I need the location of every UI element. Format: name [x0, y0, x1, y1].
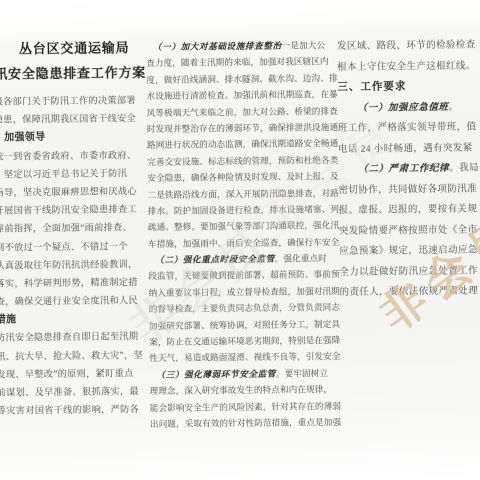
doc-body-text: 报、虚报、迟报的，要按有关规 — [339, 205, 478, 216]
doc-text-line: 案，防止在交通运输环境恶劣期间，特别是在强降雨 — [149, 332, 341, 350]
doc-heading-line: （二）强化重点时段安全监管。强化重点时 — [148, 250, 340, 268]
doc-column-left-lines: 级各部门关于防汛工作的决策部署隐患，保障汛期我区国省干线安全、加强领导统一到省委… — [0, 91, 147, 420]
doc-body-text: 发现、早整改”的原则，紧盯重点 — [0, 368, 134, 379]
doc-heading-text: （一）加大对基础设施排查整治 — [153, 41, 282, 52]
doc-text-line: 安全隐患，确保各种险情及时发现、及时上报、及 — [147, 168, 339, 186]
doc-column-right: 发区域、路段、环节的检验检查根本上守住安全生产这根红线。三、工作要求（一）加强应… — [337, 33, 480, 303]
doc-body-text: 查力度，随着主汛期的来临，加强对我区辖区内 — [146, 56, 329, 68]
doc-body-text: 全力以赴做好防汛应急处置工作 — [339, 266, 478, 277]
doc-text-line: 统一到省委省政府、市委市政府、 — [0, 146, 144, 166]
doc-body-text: 风等极端天气来临之前，加大对公路、桥梁的排查 — [147, 106, 338, 118]
doc-text-line: 落实，科学研判形势，精准制定措 — [0, 273, 146, 293]
doc-body-text: 应急预案》规定，迅速启动应急 — [339, 246, 478, 257]
doc-body-text: 汛、抗大旱、抢大险、救大灾”，坚 — [0, 350, 143, 362]
doc-heading-text: （一）加强应急值班 — [358, 102, 449, 113]
doc-body-text: 突发险情要严格按照市处《全市 — [339, 225, 478, 236]
doc-text-line: 发区域、路段、环节的检验检查 — [337, 35, 478, 57]
doc-text-line: 到不放过一个疑点、不错过一个 — [0, 236, 145, 256]
doc-body-text: 密切协作，共同做好各项防汛准 — [338, 184, 477, 195]
doc-heading-line: （一）加大对基础设施排查整治一是加大公 — [146, 37, 338, 55]
doc-text-line: 二是铁路沿线方面，深入开展防汛隐患排查，对路基 — [147, 184, 339, 202]
doc-body-text: 靠前指挥，全面加强“雨前排查、 — [0, 222, 132, 233]
doc-body-text: 水设施进行清淤检查。加强汛前和汛期巡查，在暴 — [146, 89, 337, 101]
doc-text-line: 段监管，关键要做到提前部署、超前预防、事前预警 — [148, 266, 340, 284]
doc-text-line: 时发现并整治存在的薄弱环节，确保排泄洪设施通畅 — [147, 119, 339, 137]
doc-text-line: 根本上守住安全生产这根红线。 — [337, 56, 478, 78]
doc-text-line: 汛、抗大旱、抢大险、救大灾”，坚 — [0, 346, 146, 366]
doc-heading-line: （二）严肃工作纪律。我局 — [338, 158, 479, 180]
doc-body-text: 根本上守住安全生产这根红线。 — [337, 61, 476, 72]
doc-text-line: 路网进行状况的动态监测，确保汛期道路安全畅通、 — [147, 135, 339, 153]
doc-text-line: 的督导检查，主要负责同志负总责，分管负责同志 — [149, 299, 341, 317]
doc-text-line: 靠前指挥，全面加强“雨前排查、 — [0, 218, 145, 238]
doc-text-line: 水设施进行清淤检查。加强汛前和汛期巡查，在暴 — [146, 86, 338, 104]
document-photo: 丛台区交通运输局 汛安全隐患排查工作方案 级各部门关于防汛工作的决策部署隐患，保… — [0, 0, 480, 480]
doc-body-text: 前谋划、及早准备、狠抓落实，最 — [0, 386, 139, 397]
doc-text-line: 纳入重要议事日程，成立督导检查组，加强对汛期 — [148, 283, 340, 301]
doc-text-line: 密切协作，共同做好各项防汛准 — [338, 179, 479, 201]
doc-body-text: 等灾害对国省干线的影响，严防各 — [0, 404, 139, 415]
doc-text-line: 全力以赴做好防汛应急处置工作 — [339, 261, 480, 283]
doc-text-line: 班工作，严格落实领导带班，值 — [338, 117, 479, 139]
doc-heading-line: 措施 — [0, 309, 146, 329]
doc-body-text: 班工作，严格落实领导带班，值 — [338, 123, 477, 134]
doc-text-line: 发现、早整改”的原则，紧盯重点 — [0, 364, 146, 384]
doc-body-text: 安全隐患，确保各种险情及时发现、及时上报、及 — [147, 171, 338, 183]
doc-body-text: 指导，坚决克服麻痹思想和厌战心 — [0, 186, 137, 197]
doc-body-text: 统一到省委省政府、市委市政府、 — [0, 150, 136, 161]
doc-text-line: 出问题，采取有效的针对性防范措施，重点是加强对 — [150, 414, 342, 432]
doc-body-text: 的督导检查，主要负责同志负总责，分管负责同志 — [149, 302, 340, 314]
doc-text-line: 电话 24 小时畅通，遇有突发紧 — [338, 138, 479, 160]
doc-text-line: 查力度，随着主汛期的来临，加强对我区辖区内 — [146, 53, 338, 71]
doc-text-line: ，坚定以习近平总书记关于防汛 — [0, 164, 144, 184]
doc-text-line: 突发险情要严格按照市处《全市 — [339, 220, 480, 242]
doc-heading-text: 、加强领导 — [0, 132, 45, 144]
doc-text-line: 指导，坚决克服麻痹思想和厌战心 — [0, 182, 145, 202]
doc-body-text: 。要牢固树立 — [276, 368, 328, 379]
doc-text-line: 开展国省干线防汛安全隐患排查工 — [0, 200, 145, 220]
doc-body-text: 出问题，采取有效的针对性防范措施，重点是加强对 — [150, 417, 342, 429]
doc-text-line: 完善交安设施、标志标线的管理，预防和杜绝各类 — [147, 152, 339, 170]
doc-text-line: 等灾害对国省干线的影响，严防各 — [0, 400, 147, 420]
doc-body-text: 路网进行状况的动态监测，确保汛期道路安全畅通、 — [147, 138, 339, 150]
doc-body-text: 。强化重点时 — [275, 253, 327, 264]
doc-text-line: 应急预案》规定，迅速启动应急 — [339, 240, 480, 262]
doc-heading-text: （二）强化重点时段安全监管 — [155, 254, 275, 265]
doc-body-text: 开展国省干线防汛安全隐患排查工 — [0, 204, 137, 215]
doc-body-text: 疏通、整修。要加强气象等部门沟通联控，强化汛期 — [148, 220, 340, 232]
doc-body-text: 理理念，深入研究事故发生的特点和内在规律， — [150, 384, 333, 396]
doc-body-text: 的责任人，要依法依规严肃处理 — [340, 287, 479, 298]
doc-column-middle: （一）加大对基础设施排查整治一是加大公查力度，随着主汛期的来临，加强对我区辖区内… — [146, 35, 342, 432]
doc-body-text: 认真汲取往年防汛抗洪经验教训， — [0, 259, 138, 270]
doc-text-line: 加强研究部署、统筹协调，对照任务分工，制定具体 — [149, 316, 341, 334]
doc-column-left: 丛台区交通运输局 汛安全隐患排查工作方案 级各部门关于防汛工作的决策部署隐患，保… — [0, 35, 147, 420]
doc-heading-line: 、加强领导 — [0, 127, 144, 147]
doc-text-line: 防汛安全隐患排查自即日起至汛期 — [0, 327, 146, 347]
doc-heading-text: （二）严肃工作纪律 — [358, 164, 449, 175]
doc-body-text: ，坚定以习近平总书记关于防汛 — [0, 168, 127, 179]
doc-text-line: 车措施，加强雨中、雨后安全巡查，确保行车安全。 — [148, 234, 340, 252]
doc-body-text: 能会影响安全生产的风险因素，针对其存在的薄弱环 — [150, 400, 342, 412]
doc-body-text: 一是加大公 — [282, 40, 326, 50]
doc-heading-line: （三）强化薄弱环节安全监管。要牢固树立 — [149, 365, 341, 383]
doc-body-text: 级各部门关于防汛工作的决策部署 — [0, 95, 136, 106]
doc-text-line: 风等极端天气来临之前，加大对公路、桥梁的排查 — [147, 103, 339, 121]
doc-body-text: 度，做好沿线涵洞、排水隧洞、截水沟、边沟、排 — [146, 73, 337, 85]
doc-body-text: 电话 24 小时畅通，遇有突发紧 — [338, 143, 473, 154]
doc-body-text: 发区域、路段、环节的检验检查 — [337, 41, 476, 52]
doc-body-text: 性天气，易造成路面湿滑、视线不良等，引发安全生 — [149, 351, 341, 363]
doc-text-line: 查，确保交通行业安全度汛和人民 — [0, 291, 146, 311]
doc-body-text: 。 — [448, 102, 458, 112]
doc-heading-line: （一）加强应急值班。 — [338, 97, 479, 119]
doc-text-line: 性天气，易造成路面湿滑、视线不良等，引发安全生 — [149, 348, 341, 366]
doc-text-line: 排水、防护加固设备进行检查，排水设施堵塞、列 — [148, 201, 340, 219]
doc-body-text: 时发现并整治存在的薄弱环节，确保排泄洪设施通畅 — [147, 122, 339, 134]
doc-body-text: 到不放过一个疑点、不错过一个 — [0, 241, 128, 252]
doc-text-line: 报、虚报、迟报的，要按有关规 — [339, 199, 480, 221]
doc-body-text: 加强研究部署、统筹协调，对照任务分工，制定具体 — [149, 319, 341, 331]
doc-text-line: 疏通、整修。要加强气象等部门沟通联控，强化汛期 — [148, 217, 340, 235]
doc-text-line: 的责任人，要依法依规严肃处理 — [339, 281, 480, 303]
doc-heading-text: 三、工作要求 — [337, 81, 406, 93]
doc-column-right-lines: 发区域、路段、环节的检验检查根本上守住安全生产这根红线。三、工作要求（一）加强应… — [337, 35, 480, 303]
doc-heading-text: 措施 — [0, 315, 16, 326]
doc-body-text: 防汛安全隐患排查自即日起至汛期 — [0, 332, 138, 343]
doc-body-text: 段监管，关键要做到提前部署、超前预防、事前预警 — [148, 269, 340, 281]
doc-column-middle-lines: （一）加大对基础设施排查整治一是加大公查力度，随着主汛期的来临，加强对我区辖区内… — [146, 37, 342, 432]
doc-heading-text: （三）强化薄弱环节安全监管 — [156, 368, 276, 379]
doc-body-text: 完善交安设施、标志标线的管理，预防和杜绝各类 — [147, 155, 338, 167]
doc-body-text: 排水、防护加固设备进行检查，排水设施堵塞、列 — [148, 204, 339, 216]
doc-body-text: 。我局 — [449, 163, 479, 173]
doc-text-line: 度，做好沿线涵洞、排水隧洞、截水沟、边沟、排 — [146, 70, 338, 88]
doc-text-line: 能会影响安全生产的风险因素，针对其存在的薄弱环 — [150, 398, 342, 416]
doc-body-text: 二是铁路沿线方面，深入开展防汛隐患排查，对路基 — [147, 187, 339, 199]
document-page: 丛台区交通运输局 汛安全隐患排查工作方案 级各部门关于防汛工作的决策部署隐患，保… — [0, 0, 480, 480]
doc-text-line: 理理念，深入研究事故发生的特点和内在规律， — [149, 381, 341, 399]
doc-text-line: 认真汲取往年防汛抗洪经验教训， — [0, 255, 145, 275]
doc-text-line: 级各部门关于防汛工作的决策部署 — [0, 91, 144, 111]
doc-text-line: 前谋划、及早准备、狠抓落实，最 — [0, 382, 147, 402]
doc-heading-line: 三、工作要求 — [337, 76, 478, 98]
doc-body-text: 查，确保交通行业安全度汛和人民 — [0, 295, 138, 306]
doc-title-line-2: 汛安全隐患排查工作方案 — [0, 61, 143, 87]
doc-title-line-1: 丛台区交通运输局 — [19, 35, 143, 62]
doc-body-text: 隐患，保障汛期我区国省干线安全 — [0, 113, 136, 124]
doc-body-text: 车措施，加强雨中、雨后安全巡查，确保行车安全。 — [148, 237, 340, 249]
doc-body-text: 落实，科学研判形势，精准制定措 — [0, 277, 138, 288]
doc-text-line: 隐患，保障汛期我区国省干线安全 — [0, 109, 144, 129]
doc-body-text: 纳入重要议事日程，成立督导检查组，加强对汛期 — [148, 286, 339, 298]
doc-body-text: 案，防止在交通运输环境恶劣期间，特别是在强降雨 — [149, 335, 341, 347]
